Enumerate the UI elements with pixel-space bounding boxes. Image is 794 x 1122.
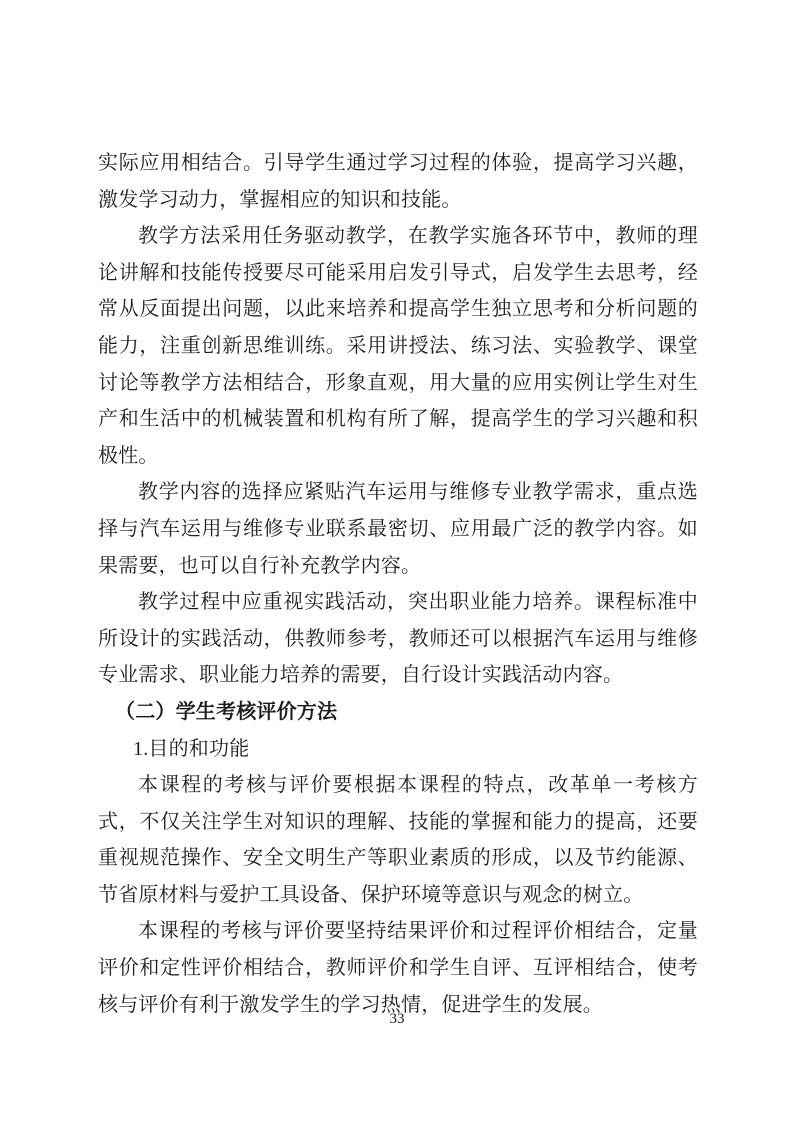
document-page: 实际应用相结合。引导学生通过学习过程的体验，提高学习兴趣，激发学习动力，掌握相应… bbox=[0, 0, 794, 1122]
section-heading-evaluation-methods: （二）学生考核评价方法 bbox=[98, 694, 698, 731]
paragraph-teaching-content: 教学内容的选择应紧贴汽车运用与维修专业教学需求，重点选择与汽车运用与维修专业联系… bbox=[98, 474, 698, 584]
paragraph-assessment-principles: 本课程的考核与评价要坚持结果评价和过程评价相结合，定量评价和定性评价相结合，教师… bbox=[98, 913, 698, 1023]
sub-heading-purpose-function: 1.目的和功能 bbox=[98, 731, 698, 768]
page-number: 33 bbox=[0, 1008, 794, 1030]
paragraph-practice-activities: 教学过程中应重视实践活动，突出职业能力培养。课程标准中所设计的实践活动，供教师参… bbox=[98, 584, 698, 694]
paragraph-teaching-methods: 教学方法采用任务驱动教学，在教学实施各环节中，教师的理论讲解和技能传授要尽可能采… bbox=[98, 218, 698, 474]
paragraph-assessment-reform: 本课程的考核与评价要根据本课程的特点，改革单一考核方式，不仅关注学生对知识的理解… bbox=[98, 767, 698, 913]
paragraph-continuation: 实际应用相结合。引导学生通过学习过程的体验，提高学习兴趣，激发学习动力，掌握相应… bbox=[98, 145, 698, 218]
document-body: 实际应用相结合。引导学生通过学习过程的体验，提高学习兴趣，激发学习动力，掌握相应… bbox=[98, 145, 698, 1023]
